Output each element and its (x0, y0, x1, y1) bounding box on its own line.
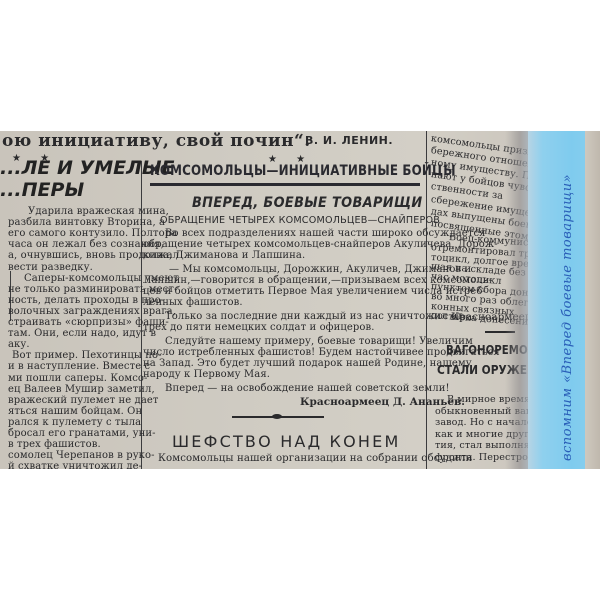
newspaper-photo: ою инициативу, свой почин“. В. И. ЛЕНИН.… (0, 131, 600, 469)
section-divider-ornament (272, 414, 282, 419)
text-line: трех до пяти немецких солдат и офицеров. (143, 322, 375, 334)
text-line: там. Они, если надо, идут в (8, 328, 156, 340)
text-line: кина, Джиманова и Лапшина. (143, 250, 305, 262)
text-line: народу к Первому Мая. (143, 369, 270, 381)
handwritten-note: вспомним «Вперед боевые товарищи» (560, 174, 575, 461)
second-article-headline: ШЕФСТВО НАД КОНЕМ (172, 432, 400, 451)
article-subheadline: ВПЕРЕД, БОЕВЫЕ ТОВАРИЩИ (192, 195, 423, 211)
article-kicker: ОБРАЩЕНИЕ ЧЕТЫРЕХ КОМСОМОЛЬЦЕВ—СНАЙПЕРОВ (160, 215, 440, 226)
text-line: й схватке уничтожил де- (8, 461, 142, 469)
text-line: Вперед — на освобождение нашей советской… (165, 383, 450, 395)
left-headline: ...ЛЕ И УМЕЛЫЕ ...ПЕРЫ (0, 157, 175, 201)
text-line: ленных фашистов. (143, 297, 243, 309)
main-headline: КОМСОМОЛЬЦЫ—ИНИЦИАТИВНЫЕ БОЙЦЫ (150, 163, 456, 179)
lenin-quote-fragment: ою инициативу, свой почин“. (2, 131, 311, 151)
quote-author: В. И. ЛЕНИН. (305, 134, 393, 147)
left-headline-line: ...ЛЕ И УМЕЛЫЕ (0, 157, 175, 179)
next-page-edge (585, 131, 600, 469)
left-headline-line: ...ПЕРЫ (0, 179, 175, 201)
headline-underline (150, 183, 420, 186)
